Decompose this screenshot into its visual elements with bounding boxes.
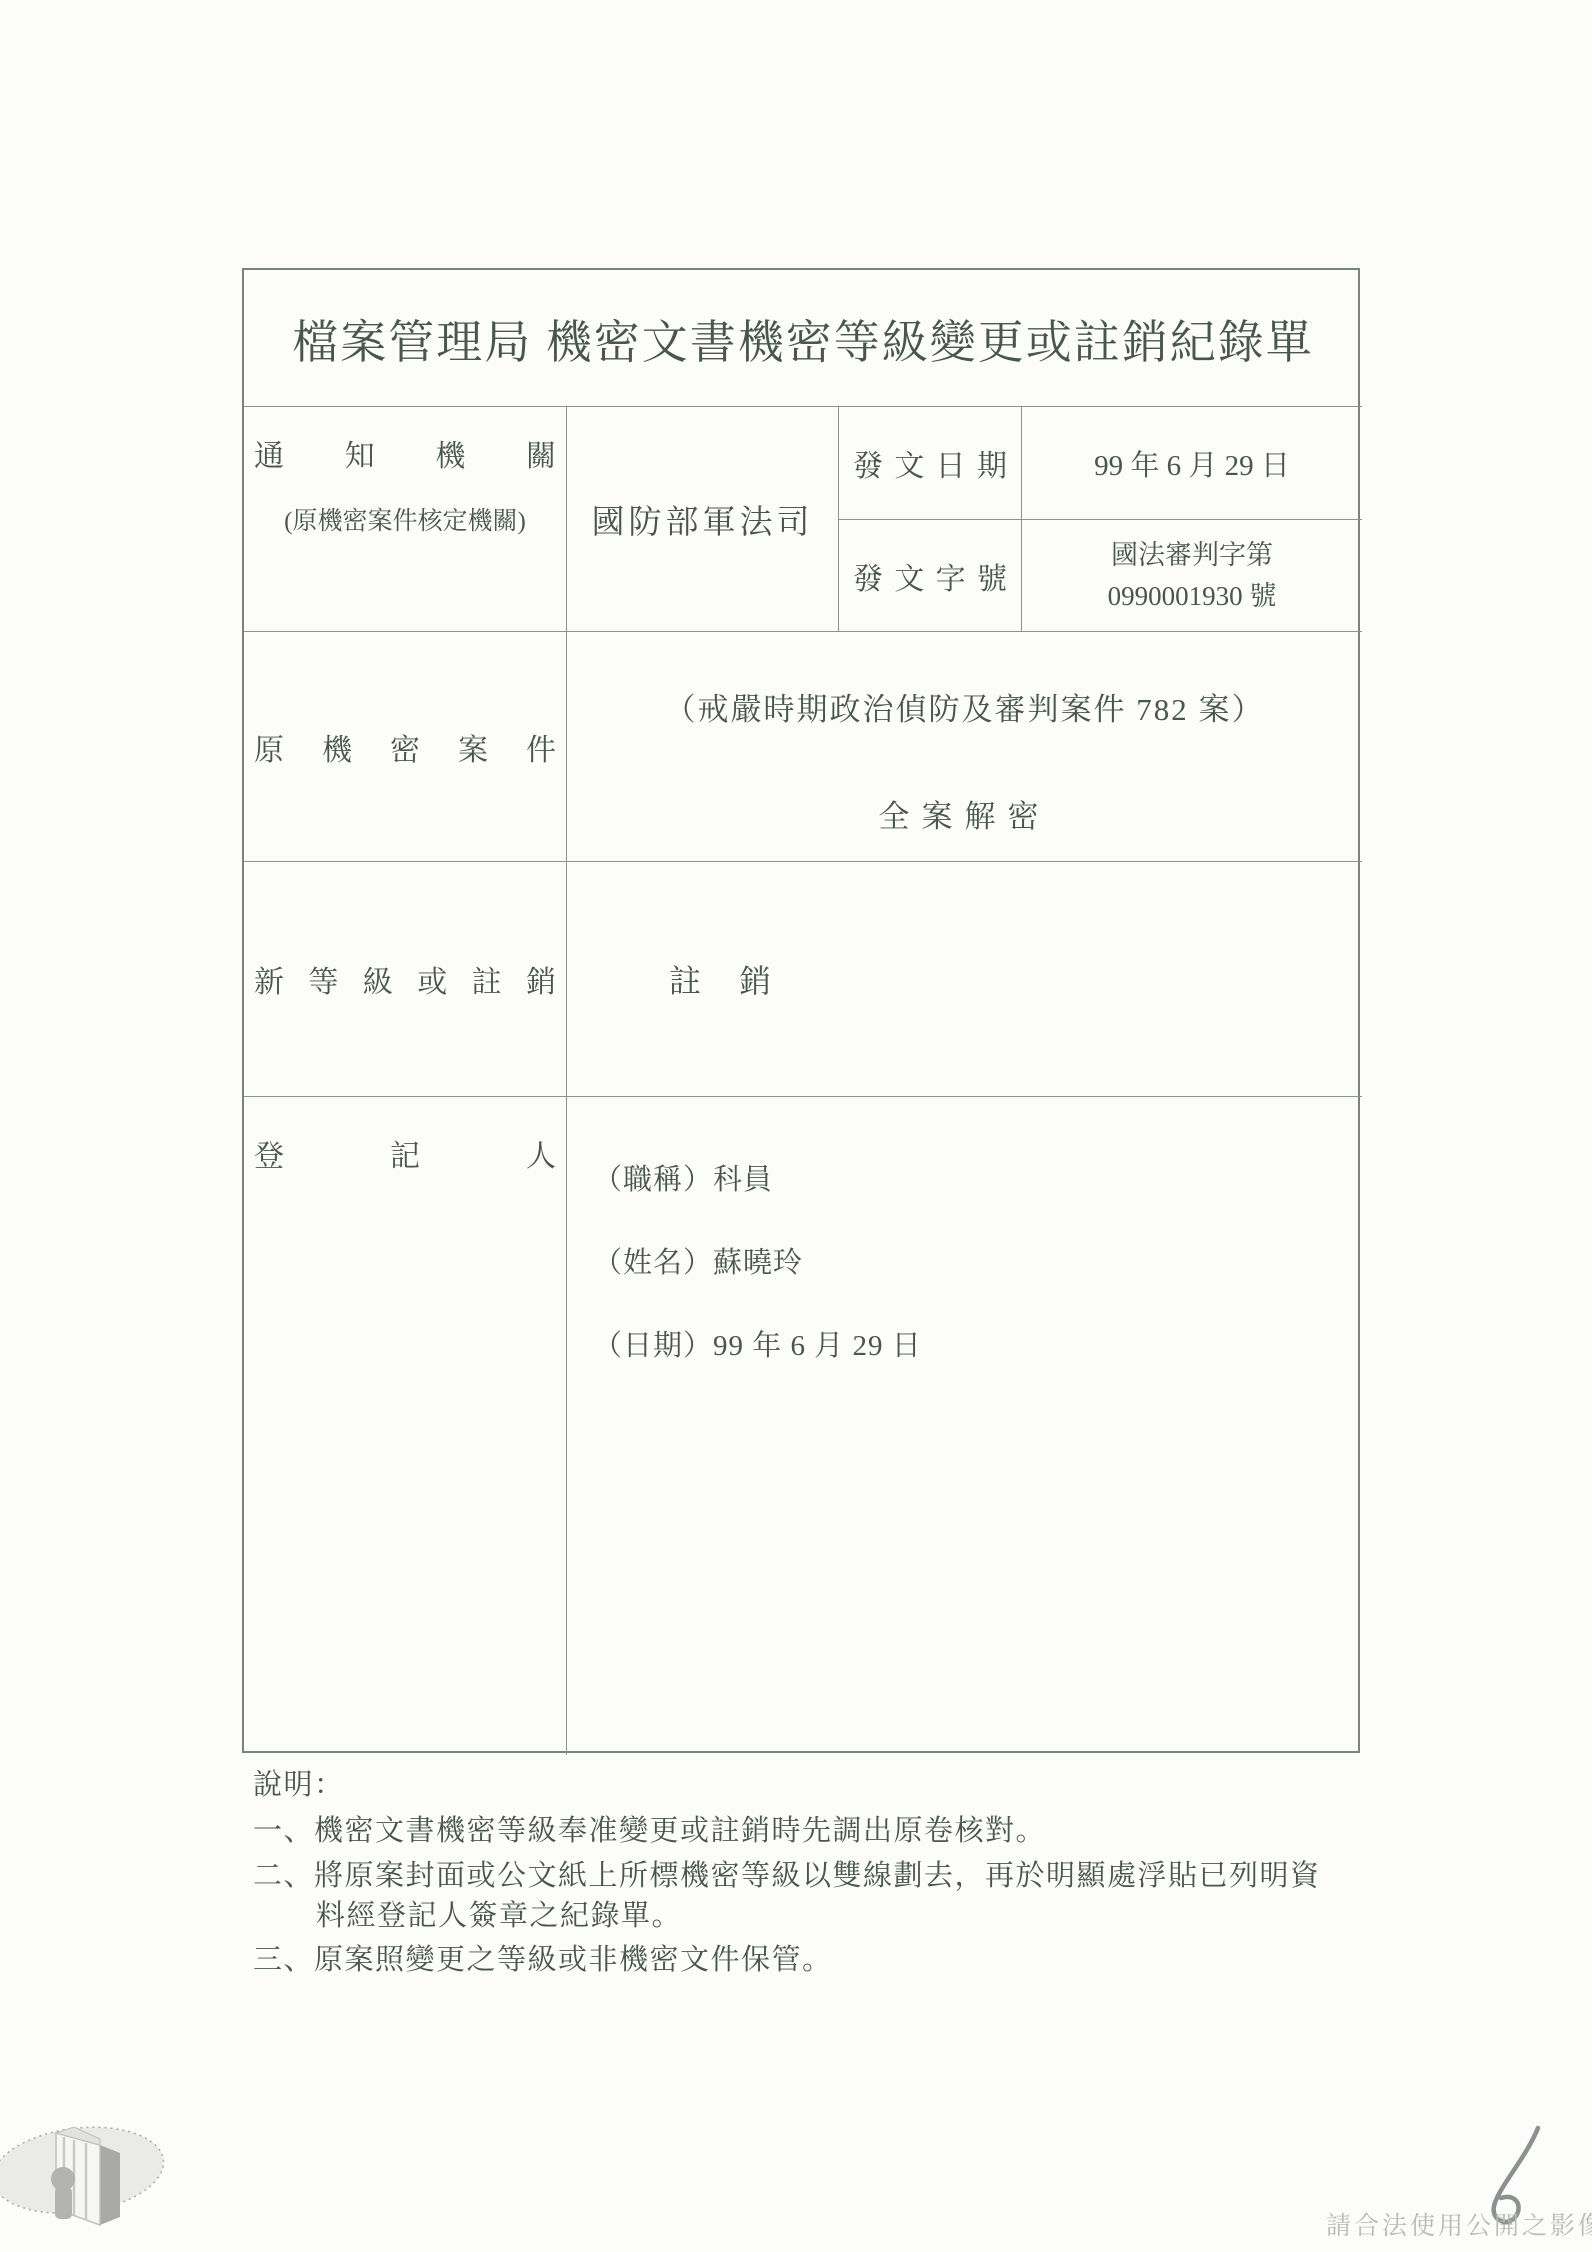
registrar-value-cell: （職稱）科員 （姓名）蘇曉玲 （日期）99 年 6 月 29 日 [567, 1097, 1362, 1755]
registrar-label: 登 記 人 [254, 1131, 556, 1175]
registrar-date: （日期）99 年 6 月 29 日 [593, 1305, 1362, 1388]
original-case-line1: （戒嚴時期政治偵防及審判案件 782 案） [665, 684, 1265, 729]
issue-date-label: 發 文 日 期 [853, 441, 1007, 485]
note-item-1: 一、機密文書機密等級奉准變更或註銷時先調出原卷核對。 [253, 1808, 1046, 1849]
notify-agency-value: 國防部軍法司 [567, 407, 839, 632]
new-level-label-cell: 新 等 級 或 註 銷 [244, 862, 567, 1097]
issue-no-value-cell: 國法審判字第 0990001930 號 [1022, 520, 1362, 632]
watermark-caption: 請合法使用公開之影像 [1326, 2206, 1592, 2242]
archives-logo-watermark [0, 2085, 200, 2252]
issue-no-label-cell: 發 文 字 號 [839, 520, 1022, 632]
issue-date-value: 99 年 6 月 29 日 [1022, 407, 1362, 520]
note-item-2-continuation: 料經登記人簽章之紀錄單。 [316, 1893, 682, 1934]
original-case-line2: 全案解密 [879, 791, 1051, 836]
original-case-value-cell: （戒嚴時期政治偵防及審判案件 782 案） 全案解密 [567, 632, 1362, 862]
registrar-job-title: （職稱）科員 [593, 1139, 1362, 1222]
original-case-label: 原 機 密 案 件 [254, 725, 556, 769]
new-level-value: 註 銷 [567, 862, 1362, 1097]
issue-date-label-cell: 發 文 日 期 [839, 407, 1022, 520]
note-item-3: 三、原案照變更之等級或非機密文件保管。 [253, 1937, 833, 1978]
scanned-form-page: 檔案管理局 機密文書機密等級變更或註銷紀錄單 通 知 機 關 (原機密案件核定機… [0, 0, 1592, 2252]
issue-no-label: 發 文 字 號 [853, 554, 1007, 598]
record-form-table: 檔案管理局 機密文書機密等級變更或註銷紀錄單 通 知 機 關 (原機密案件核定機… [242, 268, 1360, 1753]
original-case-label-cell: 原 機 密 案 件 [244, 632, 567, 862]
notify-agency-label: 通 知 機 關 [254, 431, 556, 475]
title-row-border [244, 270, 1362, 407]
new-level-label: 新 等 級 或 註 銷 [254, 957, 556, 1001]
registrar-label-cell: 登 記 人 [244, 1097, 567, 1755]
registrar-name: （姓名）蘇曉玲 [593, 1222, 1362, 1305]
note-item-2: 二、將原案封面或公文紙上所標機密等級以雙線劃去，再於明顯處浮貼已列明資 [253, 1853, 1321, 1894]
field-notify-agency-label-cell: 通 知 機 關 (原機密案件核定機關) [244, 407, 567, 632]
issue-no-line2: 0990001930 號 [1108, 576, 1277, 617]
issue-no-line1: 國法審判字第 [1111, 535, 1273, 576]
notify-agency-sublabel: (原機密案件核定機關) [254, 501, 556, 537]
notes-heading: 說明： [253, 1762, 345, 1803]
